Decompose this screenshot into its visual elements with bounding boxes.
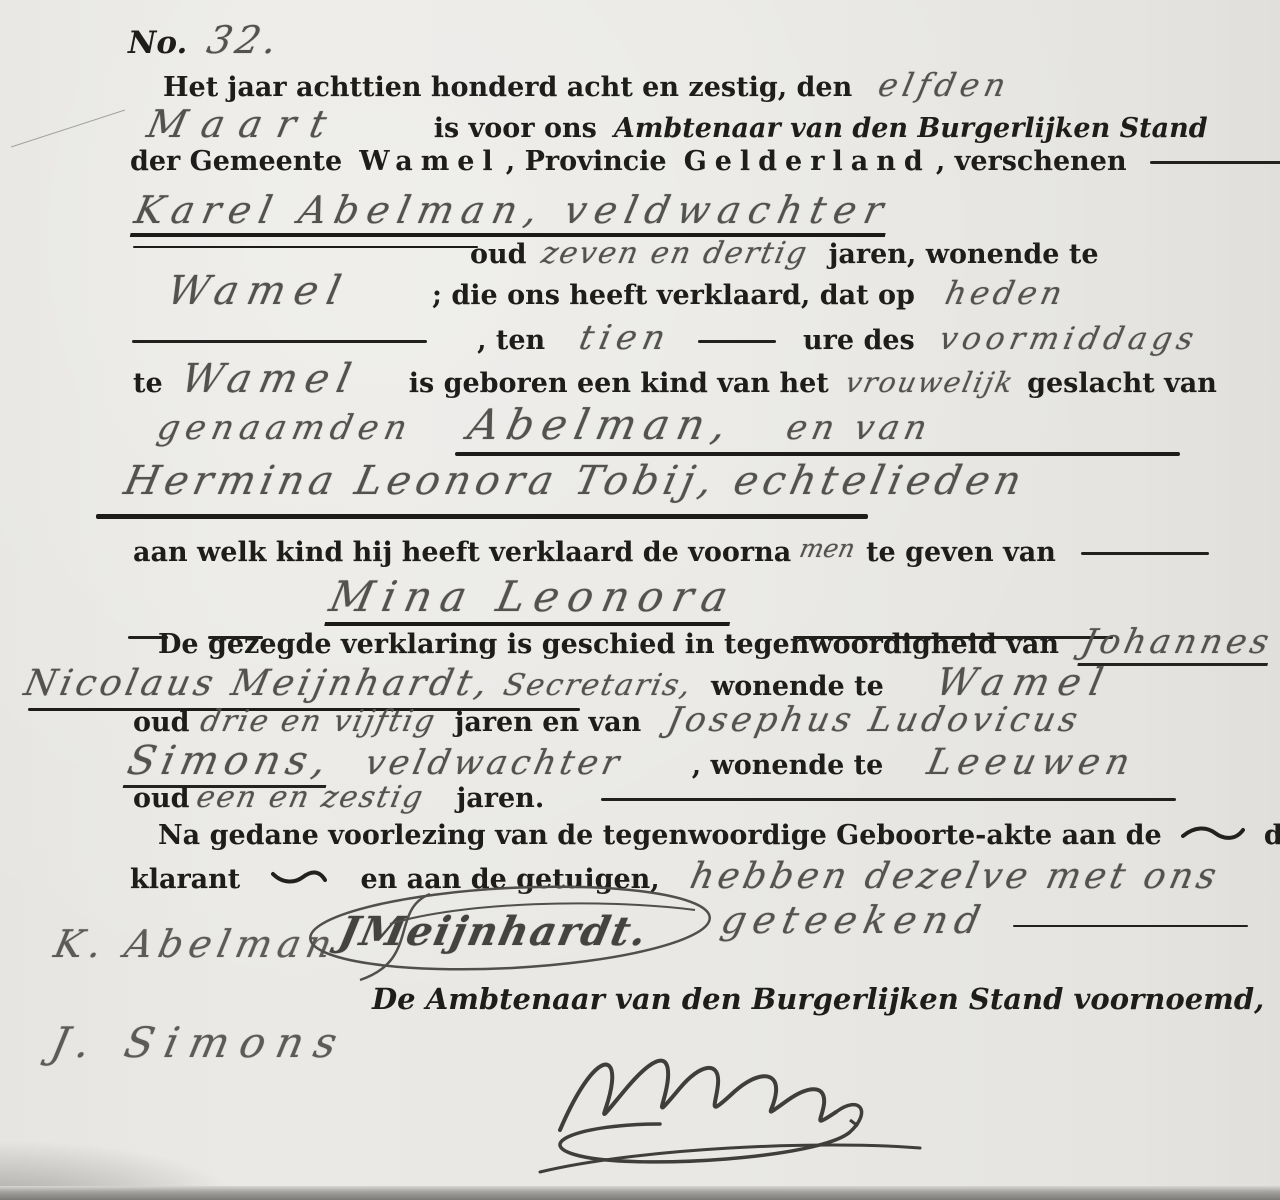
printed-geslacht: geslacht van — [1027, 368, 1217, 399]
hw-daypart: voormiddags — [936, 321, 1202, 357]
line-year: Het jaar achttien honderd acht en zestig… — [163, 66, 1010, 104]
signature-witness2: J. Simons — [52, 1018, 347, 1067]
hw-hebben-dezelve: hebben dezelve met ons — [686, 856, 1223, 897]
hw-day: elfden — [875, 66, 1014, 104]
printed-official-closing: De Ambtenaar van den Burgerlijken Stand … — [372, 982, 1264, 1016]
blank-rule — [133, 246, 478, 248]
blank-rule — [698, 340, 776, 343]
hw-residence-place: Wamel — [163, 268, 354, 314]
name-underline — [455, 452, 1180, 456]
printed-jaren-wonende: jaren, wonende te — [829, 239, 1099, 270]
hw-month: Maart — [143, 102, 345, 146]
printed-verklaard: ; die ons heeft verklaard, dat op — [432, 280, 915, 311]
blank-rule — [1081, 552, 1209, 555]
provincie-name: Gelderland — [684, 146, 931, 177]
line-witness1: Nicolaus Meijnhardt, Secretaris, wonende… — [25, 660, 1111, 704]
scan-edge-strip — [0, 1186, 1280, 1200]
act-number-value: 32. — [204, 18, 286, 62]
hw-witness1-age: drie en vijftig — [197, 704, 439, 739]
blank-rule — [601, 798, 1176, 801]
line-names-intro: aan welk kind hij heeft verklaard de voo… — [133, 534, 1209, 568]
printed-ure-des: ure des — [803, 325, 915, 356]
blank-rule — [132, 340, 427, 343]
hw-geteekend: geteekend — [717, 898, 991, 942]
printed-jaren-3: jaren. — [457, 783, 545, 814]
printed-gemeente-b: , Provincie — [506, 146, 667, 177]
printed-ten: , ten — [477, 325, 545, 356]
printed-gemeente-a: der Gemeente — [130, 146, 342, 177]
hw-witness2-age: een en zestig — [193, 780, 427, 815]
line-witness1-age: oud drie en vijftig jaren en van Josephu… — [133, 700, 1081, 740]
line-month: Maart is voor ons Ambtenaar van den Burg… — [148, 102, 1208, 146]
hw-birth-place: Wamel — [177, 356, 363, 402]
line-age: oud zeven en dertig jaren, wonende te — [470, 236, 1099, 271]
printed-getuigen: en aan de getuigen, — [360, 864, 659, 895]
hw-witness1-place: Wamel — [932, 660, 1115, 704]
printed-voornamen-a: aan welk kind hij heeft verklaard de voo… — [133, 537, 791, 568]
hw-en-van: en van — [783, 408, 936, 448]
printed-oud: oud — [470, 239, 527, 270]
hw-declarant-name: Karel Abelman, veldwachter — [130, 188, 895, 237]
printed-oud-3: oud — [133, 783, 190, 814]
hw-witness2-place: Leeuwen — [924, 742, 1140, 783]
printed-jaren-en-van: jaren en van — [455, 707, 642, 738]
signature-declarant: K. Abelman — [55, 922, 337, 966]
line-official: De Ambtenaar van den Burgerlijken Stand … — [372, 982, 1264, 1016]
printed-klarant: klarant — [130, 864, 240, 895]
hw-hour: tien — [576, 318, 675, 358]
hw-witness1-role: Secretaris, — [500, 668, 695, 703]
filler-squiggle — [271, 868, 327, 890]
printed-official-title: Ambtenaar van den Burgerlijken Stand — [614, 113, 1208, 144]
line-named: genaamden Abelman, en van — [158, 400, 932, 449]
line-witness2-age: oud een en zestig jaren. — [133, 780, 1176, 815]
printed-oud-2: oud — [133, 707, 190, 738]
signature-witness1: JMeijnhardt. — [340, 908, 648, 955]
line-declarant: Karel Abelman, veldwachter — [135, 188, 890, 237]
signature-witness1-text: JMeijnhardt. — [335, 908, 653, 955]
printed-year-text: Het jaar achttien honderd acht en zestig… — [163, 72, 852, 103]
line-closing2: klarant en aan de getuigen, hebben dezel… — [130, 856, 1219, 897]
hw-witness2-first: Josephus Ludovicus — [664, 700, 1085, 740]
line-closing1: Na gedane voorlezing van de tegenwoordig… — [158, 820, 1280, 851]
line-residence: Wamel ; die ons heeft verklaard, dat op … — [168, 268, 1066, 314]
birth-certificate-page: No. 32. Het jaar achttien honderd acht e… — [0, 0, 1280, 1200]
blank-rule — [1013, 925, 1248, 927]
filler-squiggle — [1181, 824, 1245, 846]
printed-closing1: Na gedane voorlezing van de tegenwoordig… — [158, 820, 1162, 851]
hw-child-names: Mina Leonora — [324, 572, 741, 626]
printed-witness-intro: De gezegde verklaring is geschied in teg… — [158, 629, 1059, 660]
pencil-mark — [11, 109, 125, 147]
hw-heden: heden — [942, 274, 1070, 312]
hw-declarant-age: zeven en dertig — [538, 236, 811, 271]
printed-before-official: is voor ons — [434, 113, 597, 144]
hw-genaamden: genaamden — [154, 408, 417, 448]
printed-te: te — [133, 368, 163, 399]
printed-geboren: is geboren een kind van het — [409, 368, 829, 399]
act-number-label: No. — [128, 25, 187, 61]
hw-child-surname: Abelman, — [464, 400, 739, 449]
line-signed: geteekend — [722, 898, 1248, 942]
signature-witness2-text: J. Simons — [47, 1018, 353, 1067]
signature-declarant-text: K. Abelman — [50, 922, 341, 966]
line-birth: te Wamel is geboren een kind van het vro… — [133, 356, 1217, 402]
line-time: , ten tien ure des voormiddags — [132, 318, 1198, 358]
printed-wonende-te-1: wonende te — [711, 671, 884, 702]
printed-wonende-te-2: , wonende te — [692, 750, 884, 781]
line-gemeente: der Gemeente Wamel , Provincie Gelderlan… — [130, 146, 1280, 177]
hw-witness1-name: Nicolaus Meijnhardt, — [21, 663, 495, 704]
printed-gemeente-c: , verschenen — [936, 146, 1127, 177]
mother-underline — [96, 514, 868, 519]
hw-mother-name: Hermina Leonora Tobij, echtelieden — [120, 458, 1030, 504]
official-signature-flourish — [520, 1020, 960, 1190]
printed-closing1b: de- — [1264, 820, 1280, 851]
printed-voornamen-b: te geven van — [866, 537, 1056, 568]
line-mother: Hermina Leonora Tobij, echtelieden — [125, 458, 1025, 504]
hw-witness2-role: veldwachter — [362, 743, 627, 783]
hw-men-insert: men — [797, 534, 858, 563]
act-number: No. 32. — [128, 18, 281, 62]
hw-sex: vrouwelijk — [842, 366, 1017, 399]
gemeente-name: Wamel — [359, 146, 500, 177]
blank-rule — [1150, 161, 1280, 164]
